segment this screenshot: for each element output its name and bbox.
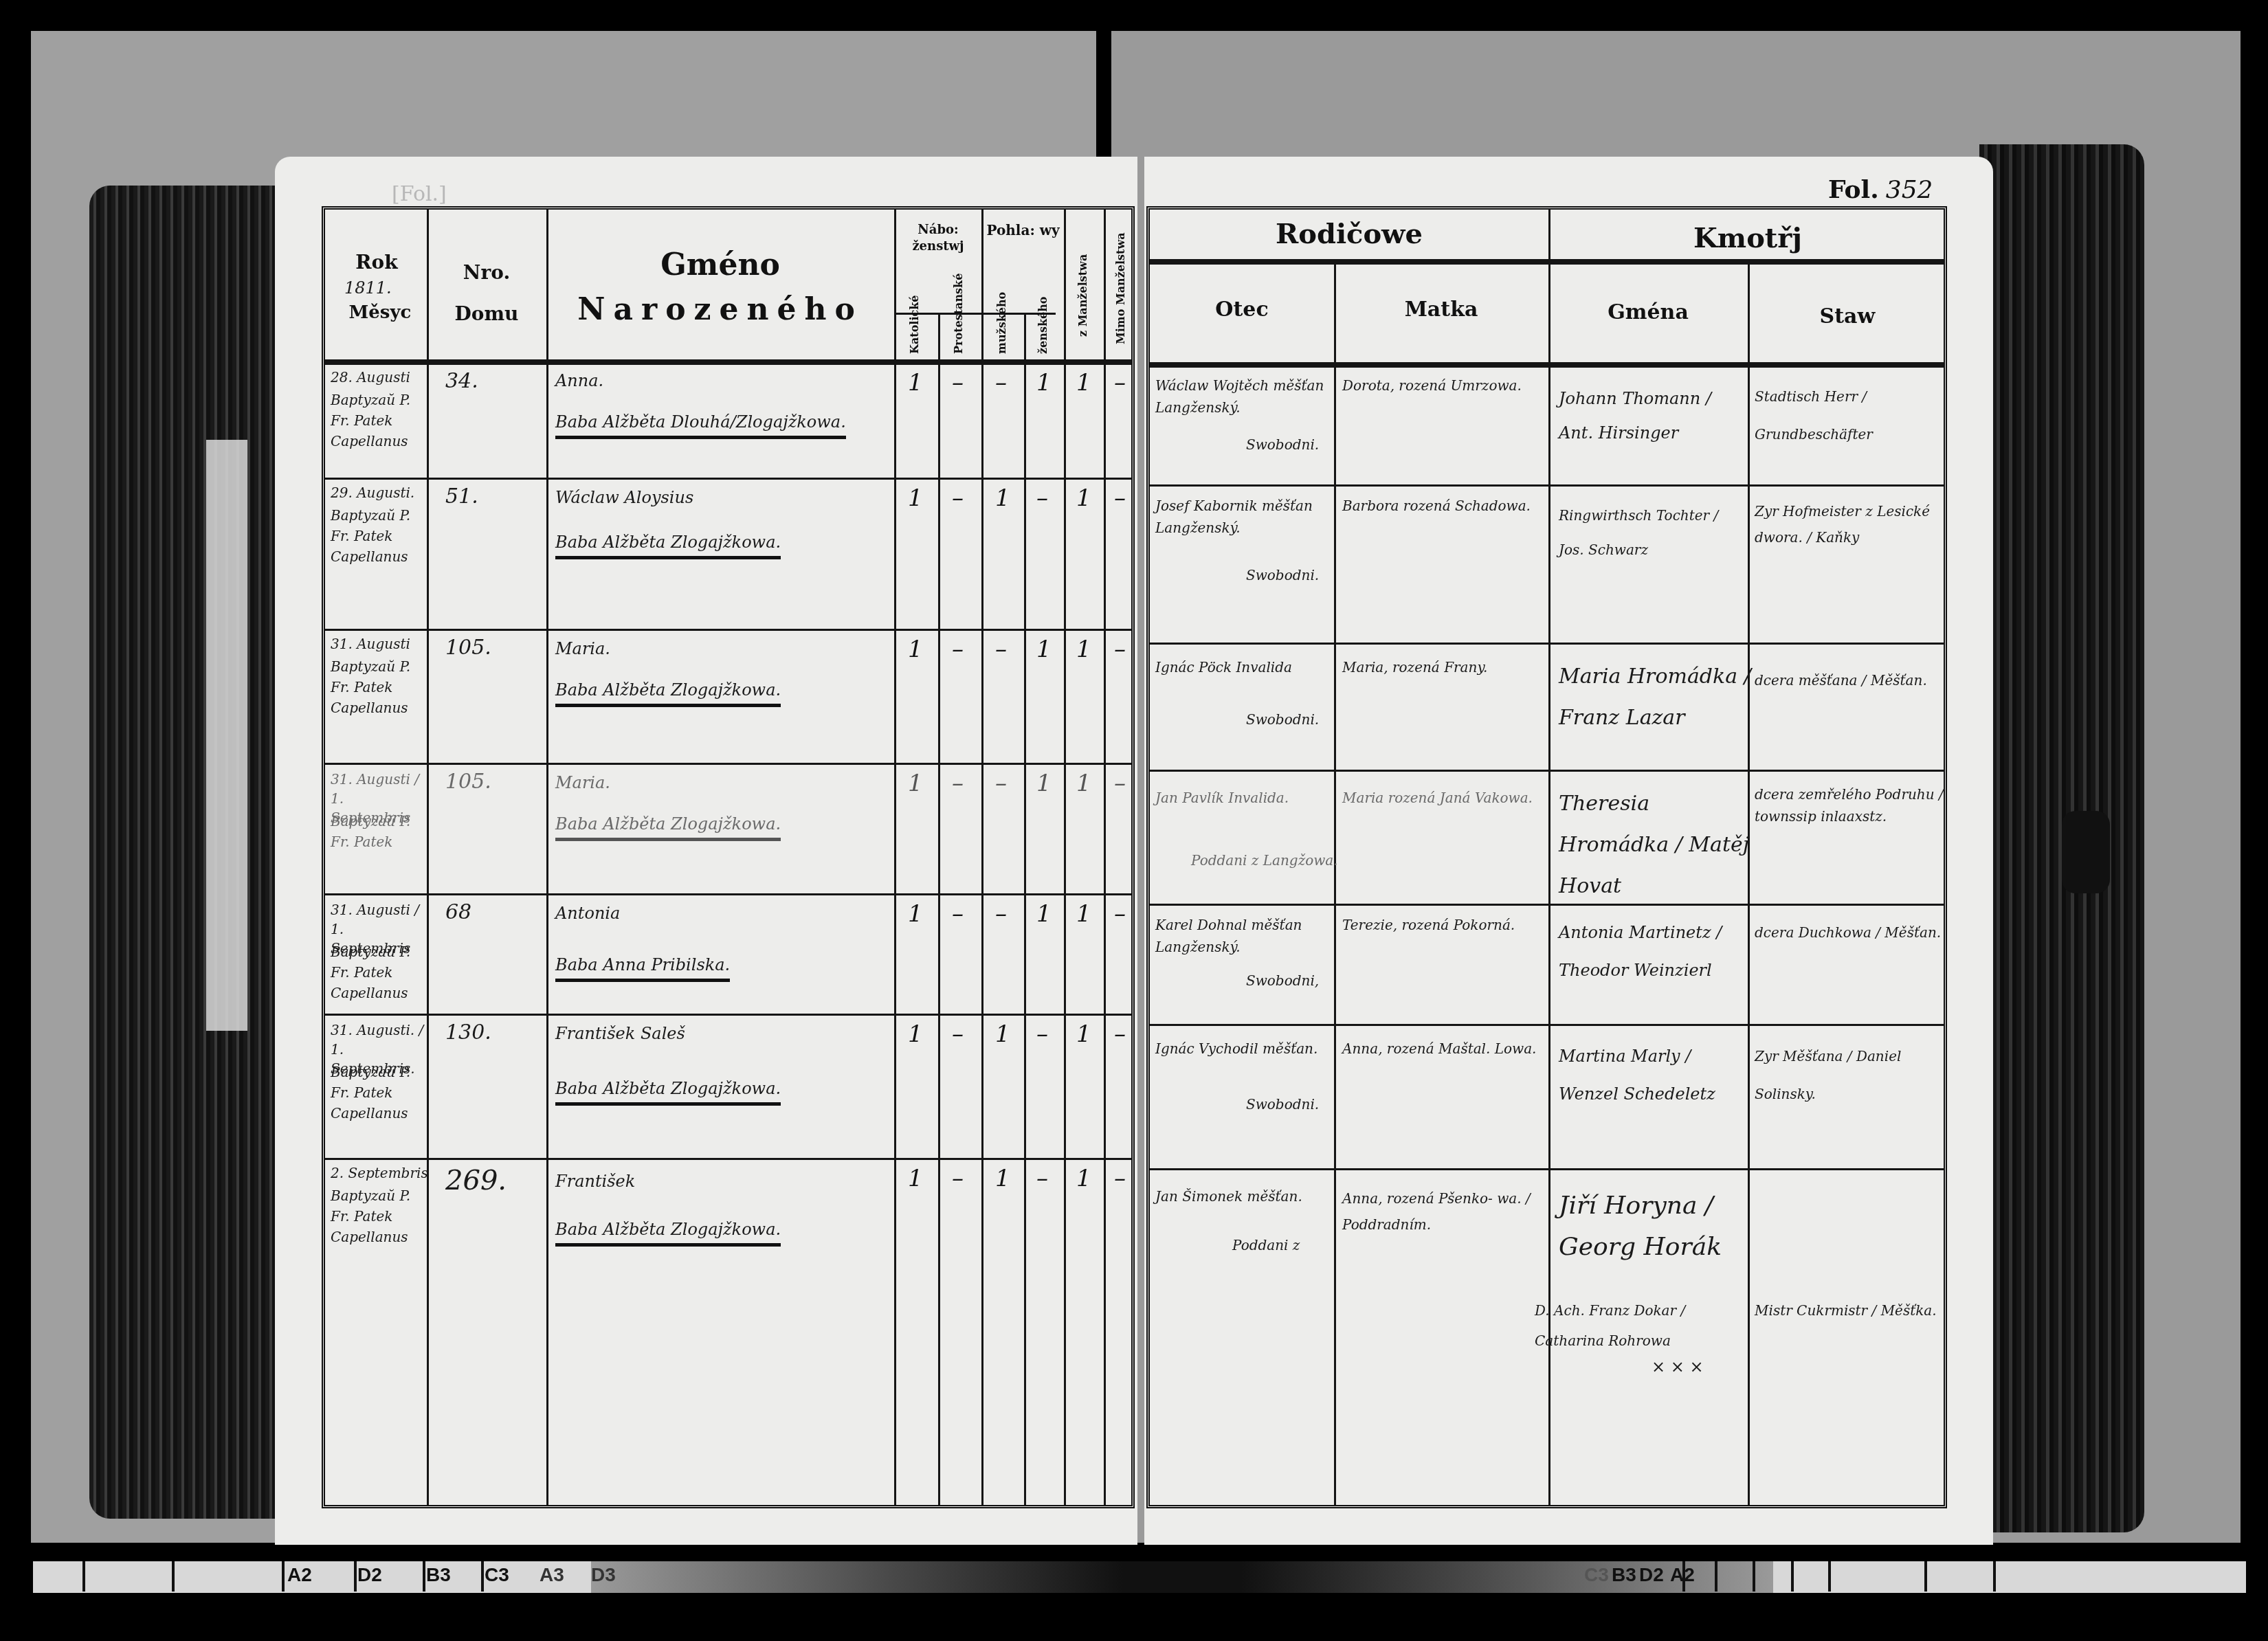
col-divider [1104, 210, 1106, 1505]
row-house: 130. [445, 1020, 491, 1045]
col-divider [894, 210, 896, 1505]
row-father-note: Swobodni. [1246, 567, 1319, 583]
row-godparent-status: Zyr Hofmeister z Lesické dwora. / Kaňky [1755, 498, 1947, 550]
header-mother: Matka [1334, 298, 1548, 322]
col-divider [546, 210, 548, 1505]
row-child: František Saleš [555, 1024, 685, 1043]
row-catholic: 1 [908, 636, 923, 663]
row-father: Karel Dohnal měšťan Langženský. [1155, 914, 1331, 958]
subheader-rule [1150, 259, 1944, 265]
col-divider [938, 313, 940, 1505]
header-born: Narozeného [552, 292, 889, 327]
ruler-tick [172, 1561, 175, 1592]
ruler-label: D3 [591, 1564, 616, 1586]
ruler-label: C3 [485, 1564, 509, 1586]
row-house: 51. [445, 484, 478, 509]
row-godparent-names: Johann Thomann / Ant. Hirsinger [1559, 381, 1744, 450]
row-father: Josef Kabornik měšťan Langženský. [1155, 495, 1331, 539]
row-illegit: – [1114, 1020, 1126, 1048]
folio-number: Fol.352 [1828, 175, 1933, 204]
row-rule [1150, 484, 1944, 487]
header-godparents: Kmotřj [1548, 222, 1947, 254]
row-legit: 1 [1076, 770, 1091, 797]
header-male: mužského [995, 320, 1008, 354]
row-mother: Terezie, rozená Pokorná. [1342, 914, 1542, 936]
row-note-status: Mistr Cukrmistr / Měšťka. [1755, 1295, 1947, 1326]
ruler-tick [1753, 1561, 1755, 1592]
row-baptizer: Baptyzaŭ P. Fr. Patek Capellanus [331, 1185, 423, 1247]
row-rule [1150, 1024, 1944, 1026]
header-protestant: Protestanské [952, 320, 965, 354]
row-rule [1150, 770, 1944, 772]
row-godparent-status: Stadtisch Herr / Grundbeschäfter [1755, 378, 1947, 454]
row-godparent-names: Martina Marly / Wenzel Schedeletz [1559, 1038, 1751, 1113]
row-godparent-status: dcera Duchkowa / Měšťan. [1755, 914, 1947, 952]
row-mother: Maria, rozená Frany. [1342, 656, 1542, 678]
ruler-label: D2 [357, 1564, 382, 1586]
row-protestant: – [952, 770, 964, 797]
row-rule [325, 763, 1131, 765]
row-baptizer: Baptyzaŭ P. Fr. Patek Capellanus [331, 656, 423, 718]
header-year-value: 1811. [344, 278, 392, 298]
row-rule [1150, 643, 1944, 645]
ruler-tick [481, 1561, 484, 1592]
right-register-table: Rodičowe Kmotřj Otec Matka Gména Staw Wá… [1146, 206, 1947, 1508]
ruler-label: A2 [287, 1564, 312, 1586]
row-male: – [995, 369, 1007, 397]
row-house: 105. [445, 636, 491, 660]
row-rule [325, 629, 1131, 631]
ruler-label: B3 [1612, 1564, 1636, 1586]
row-protestant: – [952, 636, 964, 663]
header-parents: Rodičowe [1150, 218, 1548, 250]
row-baptizer: Baptyzaŭ P. Fr. Patek Capellanus [331, 941, 423, 1003]
header-year: Rok [339, 251, 414, 273]
row-midwife: Baba Alžběta Zlogajžkowa. [555, 814, 781, 841]
row-female: 1 [1036, 369, 1052, 397]
header-sex: Pohla: wy [983, 222, 1063, 238]
row-male: – [995, 636, 1007, 663]
row-legit: 1 [1076, 1020, 1091, 1048]
row-note-signature: × × × [1652, 1357, 1704, 1376]
row-illegit: – [1114, 484, 1126, 512]
row-mother: Maria rozená Janá Vakowa. [1342, 787, 1542, 809]
header-illegitimate: Mimo Manželstwa [1114, 223, 1127, 354]
ruler-label: B3 [426, 1564, 451, 1586]
row-child: Wáclaw Aloysius [555, 488, 693, 507]
row-midwife: Baba Alžběta Zlogajžkowa. [555, 533, 781, 559]
row-house: 269. [445, 1165, 507, 1196]
row-baptizer: Baptyzaŭ P. Fr. Patek Capellanus [331, 1062, 423, 1124]
row-child: Antonia [555, 904, 620, 923]
row-female: 1 [1036, 770, 1052, 797]
row-date: 31. Augusti [331, 636, 410, 652]
row-baptizer: Baptyzaŭ P. Fr. Patek Capellanus [331, 390, 423, 451]
row-protestant: – [952, 1020, 964, 1048]
ruler-tick [82, 1561, 85, 1592]
row-catholic: 1 [908, 1165, 923, 1192]
ruler-label: A3 [540, 1564, 564, 1586]
row-legit: 1 [1076, 484, 1091, 512]
row-godparent-names: Ringwirthsch Tochter / Jos. Schwarz [1559, 498, 1744, 567]
row-female: – [1036, 1020, 1048, 1048]
row-male: – [995, 770, 1007, 797]
row-midwife: Baba Anna Pribilska. [555, 955, 730, 982]
row-female: 1 [1036, 636, 1052, 663]
row-male: – [995, 900, 1007, 928]
row-father-note: Poddani z Langžowa. [1191, 852, 1338, 869]
row-catholic: 1 [908, 1020, 923, 1048]
left-page-stamp: [Fol.] [392, 182, 447, 206]
header-name: Gméno [552, 247, 889, 282]
ruler-tick [1924, 1561, 1927, 1592]
header-female: ženského [1036, 320, 1049, 354]
row-child: Maria. [555, 639, 610, 658]
folio-label: Fol. [1828, 175, 1879, 204]
row-rule [325, 1158, 1131, 1160]
row-father: Ignác Pöck Invalida [1155, 656, 1331, 678]
header-house-no: Nro. [435, 261, 538, 284]
row-midwife: Baba Alžběta Zlogajžkowa. [555, 1079, 781, 1106]
ruler-tick [1715, 1561, 1717, 1592]
row-rule [325, 478, 1131, 480]
row-mother: Dorota, rozená Umrzowa. [1342, 375, 1542, 397]
header-father: Otec [1150, 298, 1334, 322]
row-female: – [1036, 484, 1048, 512]
row-child: Anna. [555, 371, 603, 390]
row-rule [325, 1014, 1131, 1016]
row-father: Jan Šimonek měšťan. [1155, 1185, 1331, 1207]
header-status: Staw [1748, 304, 1947, 328]
row-house: 34. [445, 369, 478, 393]
row-father-note: Swobodni, [1246, 972, 1319, 989]
ruler-label: D2 [1639, 1564, 1664, 1586]
row-catholic: 1 [908, 369, 923, 397]
col-divider [1024, 313, 1026, 1505]
header-legitimate: z Manželstwa [1076, 237, 1089, 354]
row-legit: 1 [1076, 1165, 1091, 1192]
header-religion: Nábo: ženstwj [897, 222, 979, 255]
header-month: Měsyc [339, 302, 421, 323]
row-father: Jan Pavlík Invalida. [1155, 787, 1331, 809]
row-illegit: – [1114, 369, 1126, 397]
row-illegit: – [1114, 900, 1126, 928]
row-protestant: – [952, 1165, 964, 1192]
row-child: Maria. [555, 773, 610, 792]
row-midwife: Baba Alžběta Zlogajžkowa. [555, 1220, 781, 1247]
row-female: 1 [1036, 900, 1052, 928]
row-godparent-status: dcera měšťana / Měšťan. [1755, 660, 1947, 701]
header-house: Domu [435, 302, 538, 325]
header-rule [1150, 362, 1944, 368]
row-father-note: Swobodni. [1246, 436, 1319, 453]
row-baptizer: Baptyzaŭ P. Fr. Patek [331, 811, 423, 852]
row-godparent-names: Maria Hromádka / Franz Lazar [1559, 656, 1751, 739]
row-mother: Barbora rozená Schadowa. [1342, 495, 1542, 517]
ruler-tick [1682, 1561, 1685, 1592]
folio-value: 352 [1886, 176, 1933, 204]
row-legit: 1 [1076, 636, 1091, 663]
row-date: 29. Augusti. [331, 484, 414, 501]
ruler-tick [282, 1561, 285, 1592]
row-illegit: – [1114, 636, 1126, 663]
ruler-tick [1828, 1561, 1831, 1592]
row-legit: 1 [1076, 369, 1091, 397]
ruler-tick [1791, 1561, 1794, 1592]
row-male: 1 [995, 484, 1010, 512]
row-catholic: 1 [908, 484, 923, 512]
row-male: 1 [995, 1020, 1010, 1048]
row-baptizer: Baptyzaŭ P. Fr. Patek Capellanus [331, 505, 423, 567]
row-godparent-names: Jiří Horyna / Georg Horák [1559, 1185, 1751, 1268]
book-clasp [2062, 811, 2110, 893]
row-mother: Anna, rozená Pšenko- wa. / Poddradním. [1342, 1185, 1542, 1238]
row-rule [325, 893, 1131, 895]
row-midwife: Baba Alžběta Zlogajžkowa. [555, 680, 781, 707]
row-protestant: – [952, 900, 964, 928]
row-house: 68 [445, 900, 471, 924]
col-divider [981, 210, 983, 1505]
row-child: František [555, 1172, 635, 1191]
row-male: 1 [995, 1165, 1010, 1192]
ruler-tick [1993, 1561, 1996, 1592]
ruler-label: C3 [1584, 1564, 1609, 1586]
col-divider [1064, 210, 1066, 1505]
row-rule [1150, 1168, 1944, 1170]
row-godparent-names: Theresia Hromádka / Matěj Hovat [1559, 783, 1751, 907]
row-date: 2. Septembris [331, 1165, 428, 1181]
row-protestant: – [952, 369, 964, 397]
row-godparent-status: Zyr Měšťana / Daniel Solinsky. [1755, 1038, 1947, 1113]
row-illegit: – [1114, 1165, 1126, 1192]
col-divider [1334, 261, 1336, 1505]
ruler-tick [354, 1561, 357, 1592]
row-mother: Anna, rozená Maštal. Lowa. [1342, 1038, 1542, 1060]
row-legit: 1 [1076, 900, 1091, 928]
header-rule [325, 359, 1131, 365]
row-father-note: Swobodni. [1246, 711, 1319, 728]
header-names: Gména [1548, 300, 1748, 324]
row-catholic: 1 [908, 900, 923, 928]
loose-paper-slip [206, 440, 247, 1031]
row-father-note: Swobodni. [1246, 1096, 1319, 1113]
row-rule [1150, 904, 1944, 906]
row-father: Ignác Vychodil měšťan. [1155, 1038, 1331, 1060]
col-divider [427, 210, 429, 1505]
left-register-table: Rok 1811. Měsyc Nro. Domu Gméno Narozené… [322, 206, 1135, 1508]
row-illegit: – [1114, 770, 1126, 797]
book-edge-left [89, 186, 282, 1519]
row-father-note: Poddani z [1232, 1237, 1300, 1253]
row-house: 105. [445, 770, 491, 794]
row-godparent-names: Antonia Martinetz / Theodor Weinzierl [1559, 914, 1751, 990]
row-note-godparents: D. Ach. Franz Dokar / Catharina Rohrowa [1535, 1295, 1755, 1356]
row-date: 28. Augusti [331, 369, 410, 386]
row-female: – [1036, 1165, 1048, 1192]
row-protestant: – [952, 484, 964, 512]
ruler-tick [423, 1561, 425, 1592]
row-catholic: 1 [908, 770, 923, 797]
row-midwife: Baba Alžběta Dlouhá/Zlogajžkowa. [555, 412, 846, 439]
header-catholic: Katolické [908, 320, 921, 354]
row-godparent-status: dcera zemřelého Podruhu / townssip inlaa… [1755, 783, 1947, 827]
row-father: Wáclaw Wojtěch měšťan Langženský. [1155, 375, 1331, 418]
